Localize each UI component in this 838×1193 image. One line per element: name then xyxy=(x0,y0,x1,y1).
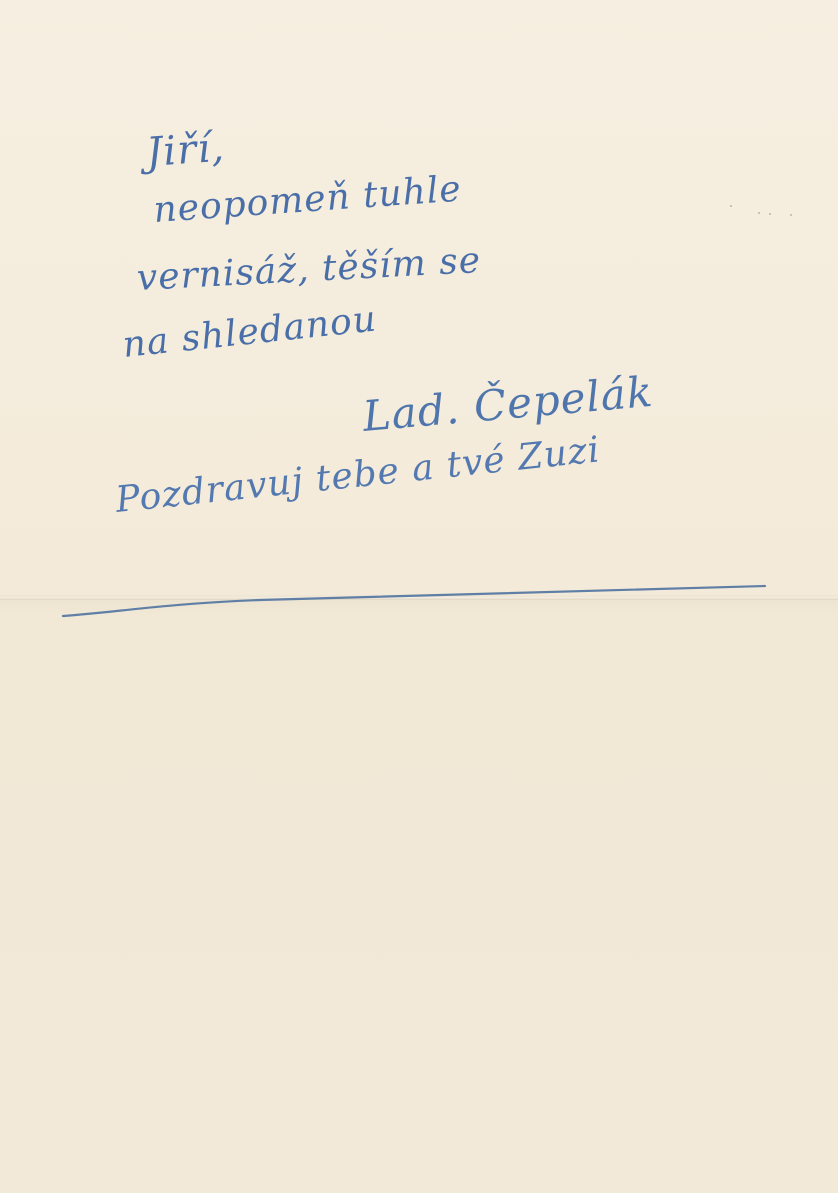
body-line-1: neopomeň tuhle xyxy=(152,169,463,231)
body-line-2: vernisáž, těším se xyxy=(136,240,482,299)
postscript: Pozdravuj tebe a tvé Zuzi xyxy=(114,429,603,521)
paper-speck xyxy=(769,213,771,215)
paper-speck xyxy=(758,212,760,214)
signature: Lad. Čepelák xyxy=(361,367,655,441)
salutation: Jiří, xyxy=(145,125,226,176)
letter-page: Jiří, neopomeň tuhle vernisáž, těším se … xyxy=(0,0,838,1193)
fold-crease xyxy=(0,597,838,600)
paper-speck xyxy=(790,214,792,216)
paper-speck xyxy=(730,205,732,207)
body-line-3: na shledanou xyxy=(121,299,379,366)
